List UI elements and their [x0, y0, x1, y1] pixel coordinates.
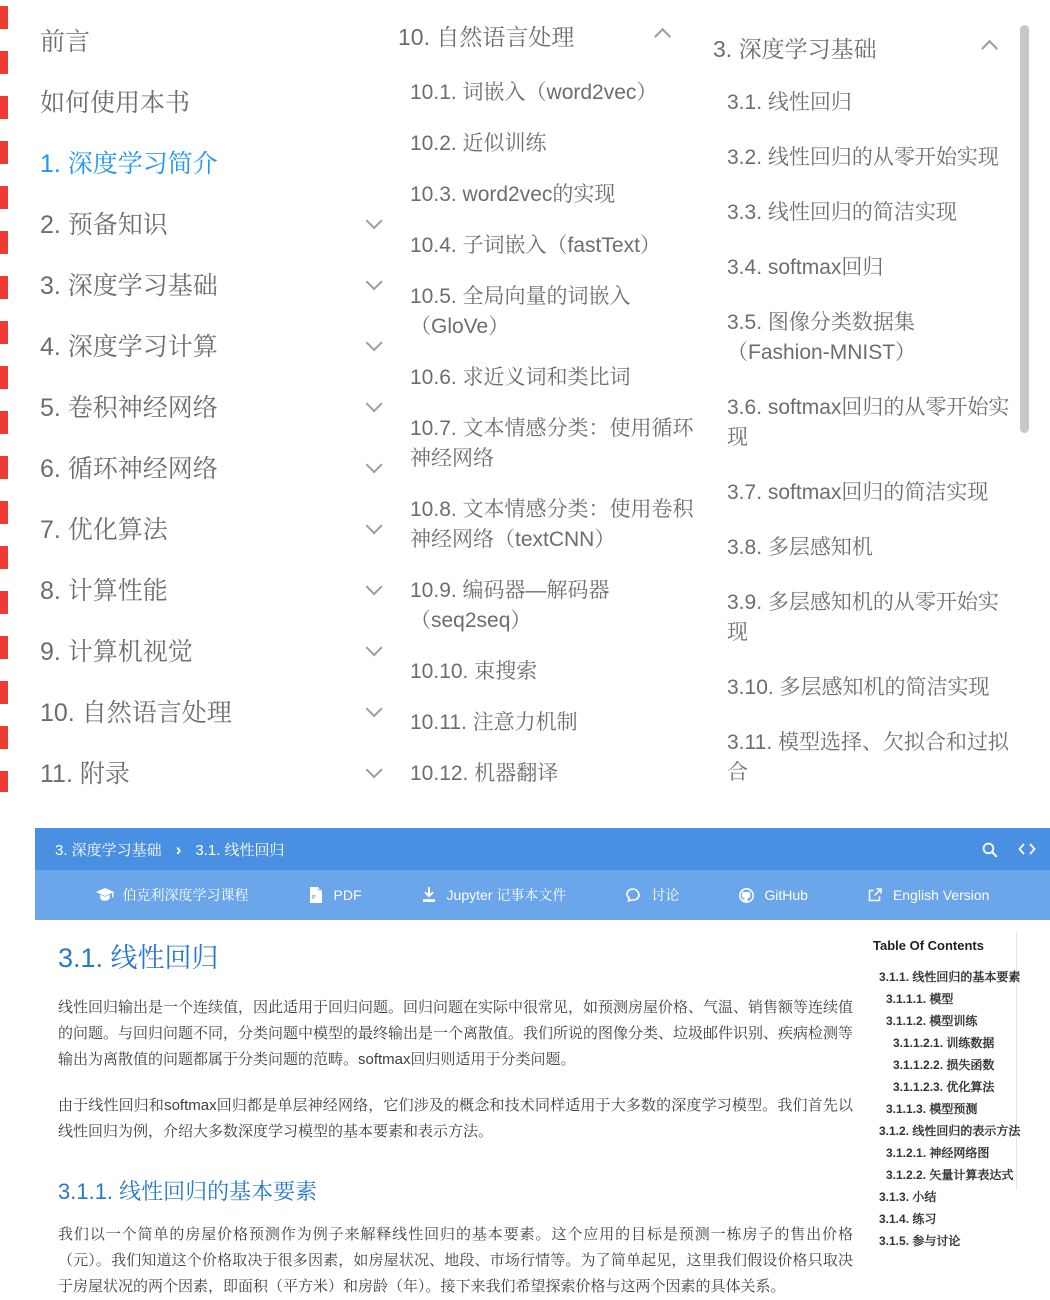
nav-chapter[interactable]: 4. 深度学习计算 — [40, 331, 378, 359]
nav-section-title: 3. 深度学习基础 — [713, 31, 877, 64]
nav-chapter-label: 4. 深度学习计算 — [40, 327, 218, 363]
chapter-nav-column: 前言如何使用本书1. 深度学习简介2. 预备知识3. 深度学习基础4. 深度学习… — [40, 26, 378, 819]
breadcrumb-separator: › — [176, 840, 182, 859]
nav-section-item[interactable]: 3.1. 线性回归 — [713, 88, 1015, 118]
toc-item[interactable]: 3.1.3. 小结 — [873, 1186, 1050, 1208]
student-icon — [96, 886, 114, 904]
svg-text:P: P — [312, 895, 316, 901]
left-edge-red-marks — [0, 6, 8, 792]
nav-column-nlp: 10. 自然语言处理 10.1. 词嵌入（word2vec）10.2. 近似训练… — [398, 22, 698, 810]
nav-section-item[interactable]: 10.3. word2vec的实现 — [398, 180, 698, 210]
content-panel: 3.1. 线性回归 线性回归输出是一个连续值，因此适用于回归问题。回归问题在实际… — [35, 920, 1050, 1274]
toolbar-download-button[interactable]: Jupyter 记事本文件 — [420, 885, 567, 905]
toc-item[interactable]: 3.1.1.2. 模型训练 — [873, 1010, 1050, 1032]
nav-section-item[interactable]: 3.9. 多层感知机的从零开始实现 — [713, 588, 1015, 648]
toolbar-label: GitHub — [764, 887, 808, 903]
nav-chapter[interactable]: 9. 计算机视觉 — [40, 636, 378, 664]
nav-chapter[interactable]: 前言 — [40, 26, 378, 54]
nav-section-item[interactable]: 10.4. 子词嵌入（fastText） — [398, 231, 698, 261]
toolbar-external-link-button[interactable]: English Version — [866, 886, 990, 904]
paragraph: 线性回归输出是一个连续值，因此适用于回归问题。回归问题在实际中很常见，如预测房屋… — [58, 995, 853, 1073]
article: 3.1. 线性回归 线性回归输出是一个连续值，因此适用于回归问题。回归问题在实际… — [58, 936, 853, 1274]
chevron-down-icon[interactable] — [366, 700, 383, 717]
nav-section-item[interactable]: 3.4. softmax回归 — [713, 253, 1015, 283]
nav-chapter-label: 10. 自然语言处理 — [40, 693, 232, 729]
toolbar-student-button[interactable]: 伯克利深度学习课程 — [96, 885, 249, 905]
toolbar-label: 伯克利深度学习课程 — [123, 885, 249, 905]
toc-item[interactable]: 3.1.1. 线性回归的基本要素 — [873, 966, 1050, 988]
nav-chapter[interactable]: 1. 深度学习简介 — [40, 148, 378, 176]
nav-section-item[interactable]: 10.5. 全局向量的词嵌入（GloVe） — [398, 282, 698, 342]
breadcrumb-items: 3. 深度学习基础›3.1. 线性回归 — [55, 839, 285, 860]
nav-chapter[interactable]: 6. 循环神经网络 — [40, 453, 378, 481]
nav-chapter-label: 2. 预备知识 — [40, 205, 168, 241]
discuss-icon — [624, 886, 642, 904]
nav-section-item[interactable]: 10.2. 近似训练 — [398, 129, 698, 159]
nav-section-list: 10.1. 词嵌入（word2vec）10.2. 近似训练10.3. word2… — [398, 78, 698, 789]
paragraph: 由于线性回归和softmax回归都是单层神经网络，它们涉及的概念和技术同样适用于… — [58, 1093, 853, 1145]
page-toolbar: 伯克利深度学习课程PPDFJupyter 记事本文件讨论GitHubEnglis… — [35, 870, 1050, 920]
nav-section-list: 3.1. 线性回归3.2. 线性回归的从零开始实现3.3. 线性回归的简洁实现3… — [713, 88, 1015, 788]
nav-section-item[interactable]: 3.11. 模型选择、欠拟合和过拟合 — [713, 728, 1015, 788]
book-toc-panel: 前言如何使用本书1. 深度学习简介2. 预备知识3. 深度学习基础4. 深度学习… — [0, 0, 1050, 815]
chevron-down-icon[interactable] — [366, 395, 383, 412]
chevron-down-icon[interactable] — [366, 334, 383, 351]
toc-title: Table Of Contents — [873, 938, 1050, 953]
nav-section-item[interactable]: 3.7. softmax回归的简洁实现 — [713, 478, 1015, 508]
toc-item[interactable]: 3.1.2.2. 矢量计算表达式 — [873, 1164, 1050, 1186]
nav-chapter-label: 1. 深度学习简介 — [40, 144, 218, 180]
toc-list: 3.1.1. 线性回归的基本要素3.1.1.1. 模型3.1.1.2. 模型训练… — [873, 966, 1050, 1252]
toolbar-label: Jupyter 记事本文件 — [447, 885, 567, 905]
nav-chapter[interactable]: 3. 深度学习基础 — [40, 270, 378, 298]
toc-item[interactable]: 3.1.2. 线性回归的表示方法 — [873, 1120, 1050, 1142]
nav-section-title: 10. 自然语言处理 — [398, 19, 574, 52]
toolbar-discuss-button[interactable]: 讨论 — [624, 885, 679, 905]
nav-chapter[interactable]: 5. 卷积神经网络 — [40, 392, 378, 420]
nav-chapter-label: 6. 循环神经网络 — [40, 449, 218, 485]
chevron-down-icon[interactable] — [366, 578, 383, 595]
chevron-up-icon[interactable] — [654, 28, 671, 45]
nav-chapter[interactable]: 10. 自然语言处理 — [40, 697, 378, 725]
scrollbar-thumb[interactable] — [1020, 25, 1029, 433]
toolbar-label: PDF — [334, 887, 362, 903]
nav-section-header-dl[interactable]: 3. 深度学习基础 — [713, 34, 1015, 60]
nav-section-item[interactable]: 3.10. 多层感知机的简洁实现 — [713, 673, 1015, 703]
breadcrumb-link[interactable]: 3. 深度学习基础 — [55, 842, 162, 859]
toolbar-pdf-button[interactable]: PPDF — [307, 886, 362, 904]
nav-chapter[interactable]: 如何使用本书 — [40, 87, 378, 115]
toc-item[interactable]: 3.1.1.2.1. 训练数据 — [873, 1032, 1050, 1054]
chevron-down-icon[interactable] — [366, 212, 383, 229]
nav-section-item[interactable]: 3.6. softmax回归的从零开始实现 — [713, 393, 1015, 453]
nav-chapter[interactable]: 2. 预备知识 — [40, 209, 378, 237]
nav-chapter[interactable]: 8. 计算性能 — [40, 575, 378, 603]
toc-item[interactable]: 3.1.1.3. 模型预测 — [873, 1098, 1050, 1120]
toc-item[interactable]: 3.1.1.2.3. 优化算法 — [873, 1076, 1050, 1098]
nav-chapter-label: 5. 卷积神经网络 — [40, 388, 218, 424]
nav-chapter[interactable]: 7. 优化算法 — [40, 514, 378, 542]
download-icon — [420, 886, 438, 904]
nav-chapter-label: 前言 — [40, 22, 90, 58]
nav-section-item[interactable]: 10.12. 机器翻译 — [398, 759, 698, 789]
nav-section-item[interactable]: 10.6. 求近义词和类比词 — [398, 363, 698, 393]
toc-item[interactable]: 3.1.2.1. 神经网络图 — [873, 1142, 1050, 1164]
toolbar-label: English Version — [893, 887, 990, 903]
nav-section-item[interactable]: 10.1. 词嵌入（word2vec） — [398, 78, 698, 108]
search-icon[interactable] — [980, 840, 998, 858]
nav-section-item[interactable]: 10.7. 文本情感分类：使用循环神经网络 — [398, 414, 698, 474]
toc-item[interactable]: 3.1.5. 参与讨论 — [873, 1230, 1050, 1252]
nav-section-item[interactable]: 10.8. 文本情感分类：使用卷积神经网络（textCNN） — [398, 495, 698, 555]
chevron-up-icon[interactable] — [981, 40, 998, 57]
paragraph: 我们以一个简单的房屋价格预测作为例子来解释线性回归的基本要素。这个应用的目标是预… — [58, 1222, 853, 1274]
nav-column-dl-basics: 3. 深度学习基础 3.1. 线性回归3.2. 线性回归的从零开始实现3.3. … — [713, 34, 1015, 813]
toc-item[interactable]: 3.1.1.1. 模型 — [873, 988, 1050, 1010]
page-toc: Table Of Contents 3.1.1. 线性回归的基本要素3.1.1.… — [873, 938, 1050, 1252]
toc-item[interactable]: 3.1.1.2.2. 损失函数 — [873, 1054, 1050, 1076]
nav-chapter[interactable]: 11. 附录 — [40, 758, 378, 786]
nav-section-item[interactable]: 10.10. 束搜索 — [398, 657, 698, 687]
chevron-down-icon[interactable] — [366, 639, 383, 656]
nav-chapter-label: 如何使用本书 — [40, 83, 190, 119]
nav-section-header-nlp[interactable]: 10. 自然语言处理 — [398, 22, 698, 48]
pdf-icon: P — [307, 886, 325, 904]
nav-chapter-label: 11. 附录 — [40, 754, 130, 790]
nav-section-item[interactable]: 3.8. 多层感知机 — [713, 533, 1015, 563]
nav-chapter-label: 8. 计算性能 — [40, 571, 168, 607]
nav-chapter-label: 3. 深度学习基础 — [40, 266, 218, 302]
nav-chapter-label: 7. 优化算法 — [40, 510, 168, 546]
chevron-down-icon[interactable] — [366, 517, 383, 534]
breadcrumb-actions — [980, 840, 1036, 858]
external-link-icon — [866, 886, 884, 904]
page-title: 3.1. 线性回归 — [58, 936, 853, 975]
nav-section-item[interactable]: 3.2. 线性回归的从零开始实现 — [713, 143, 1015, 173]
chevron-down-icon[interactable] — [366, 273, 383, 290]
chevron-down-icon[interactable] — [366, 456, 383, 473]
nav-section-item[interactable]: 3.5. 图像分类数据集（Fashion-MNIST） — [713, 308, 1015, 368]
toolbar-github-button[interactable]: GitHub — [737, 886, 808, 904]
code-icon[interactable] — [1018, 840, 1036, 858]
nav-section-item[interactable]: 10.9. 编码器—解码器（seq2seq） — [398, 576, 698, 636]
chevron-down-icon[interactable] — [366, 761, 383, 778]
section-title: 3.1.1. 线性回归的基本要素 — [58, 1175, 853, 1206]
toc-item[interactable]: 3.1.4. 练习 — [873, 1208, 1050, 1230]
github-icon — [737, 886, 755, 904]
breadcrumb: 3. 深度学习基础›3.1. 线性回归 — [35, 828, 1050, 870]
breadcrumb-link[interactable]: 3.1. 线性回归 — [195, 842, 284, 859]
nav-chapter-label: 9. 计算机视觉 — [40, 632, 193, 668]
nav-section-item[interactable]: 10.11. 注意力机制 — [398, 708, 698, 738]
nav-section-item[interactable]: 3.3. 线性回归的简洁实现 — [713, 198, 1015, 228]
toolbar-label: 讨论 — [651, 885, 679, 905]
